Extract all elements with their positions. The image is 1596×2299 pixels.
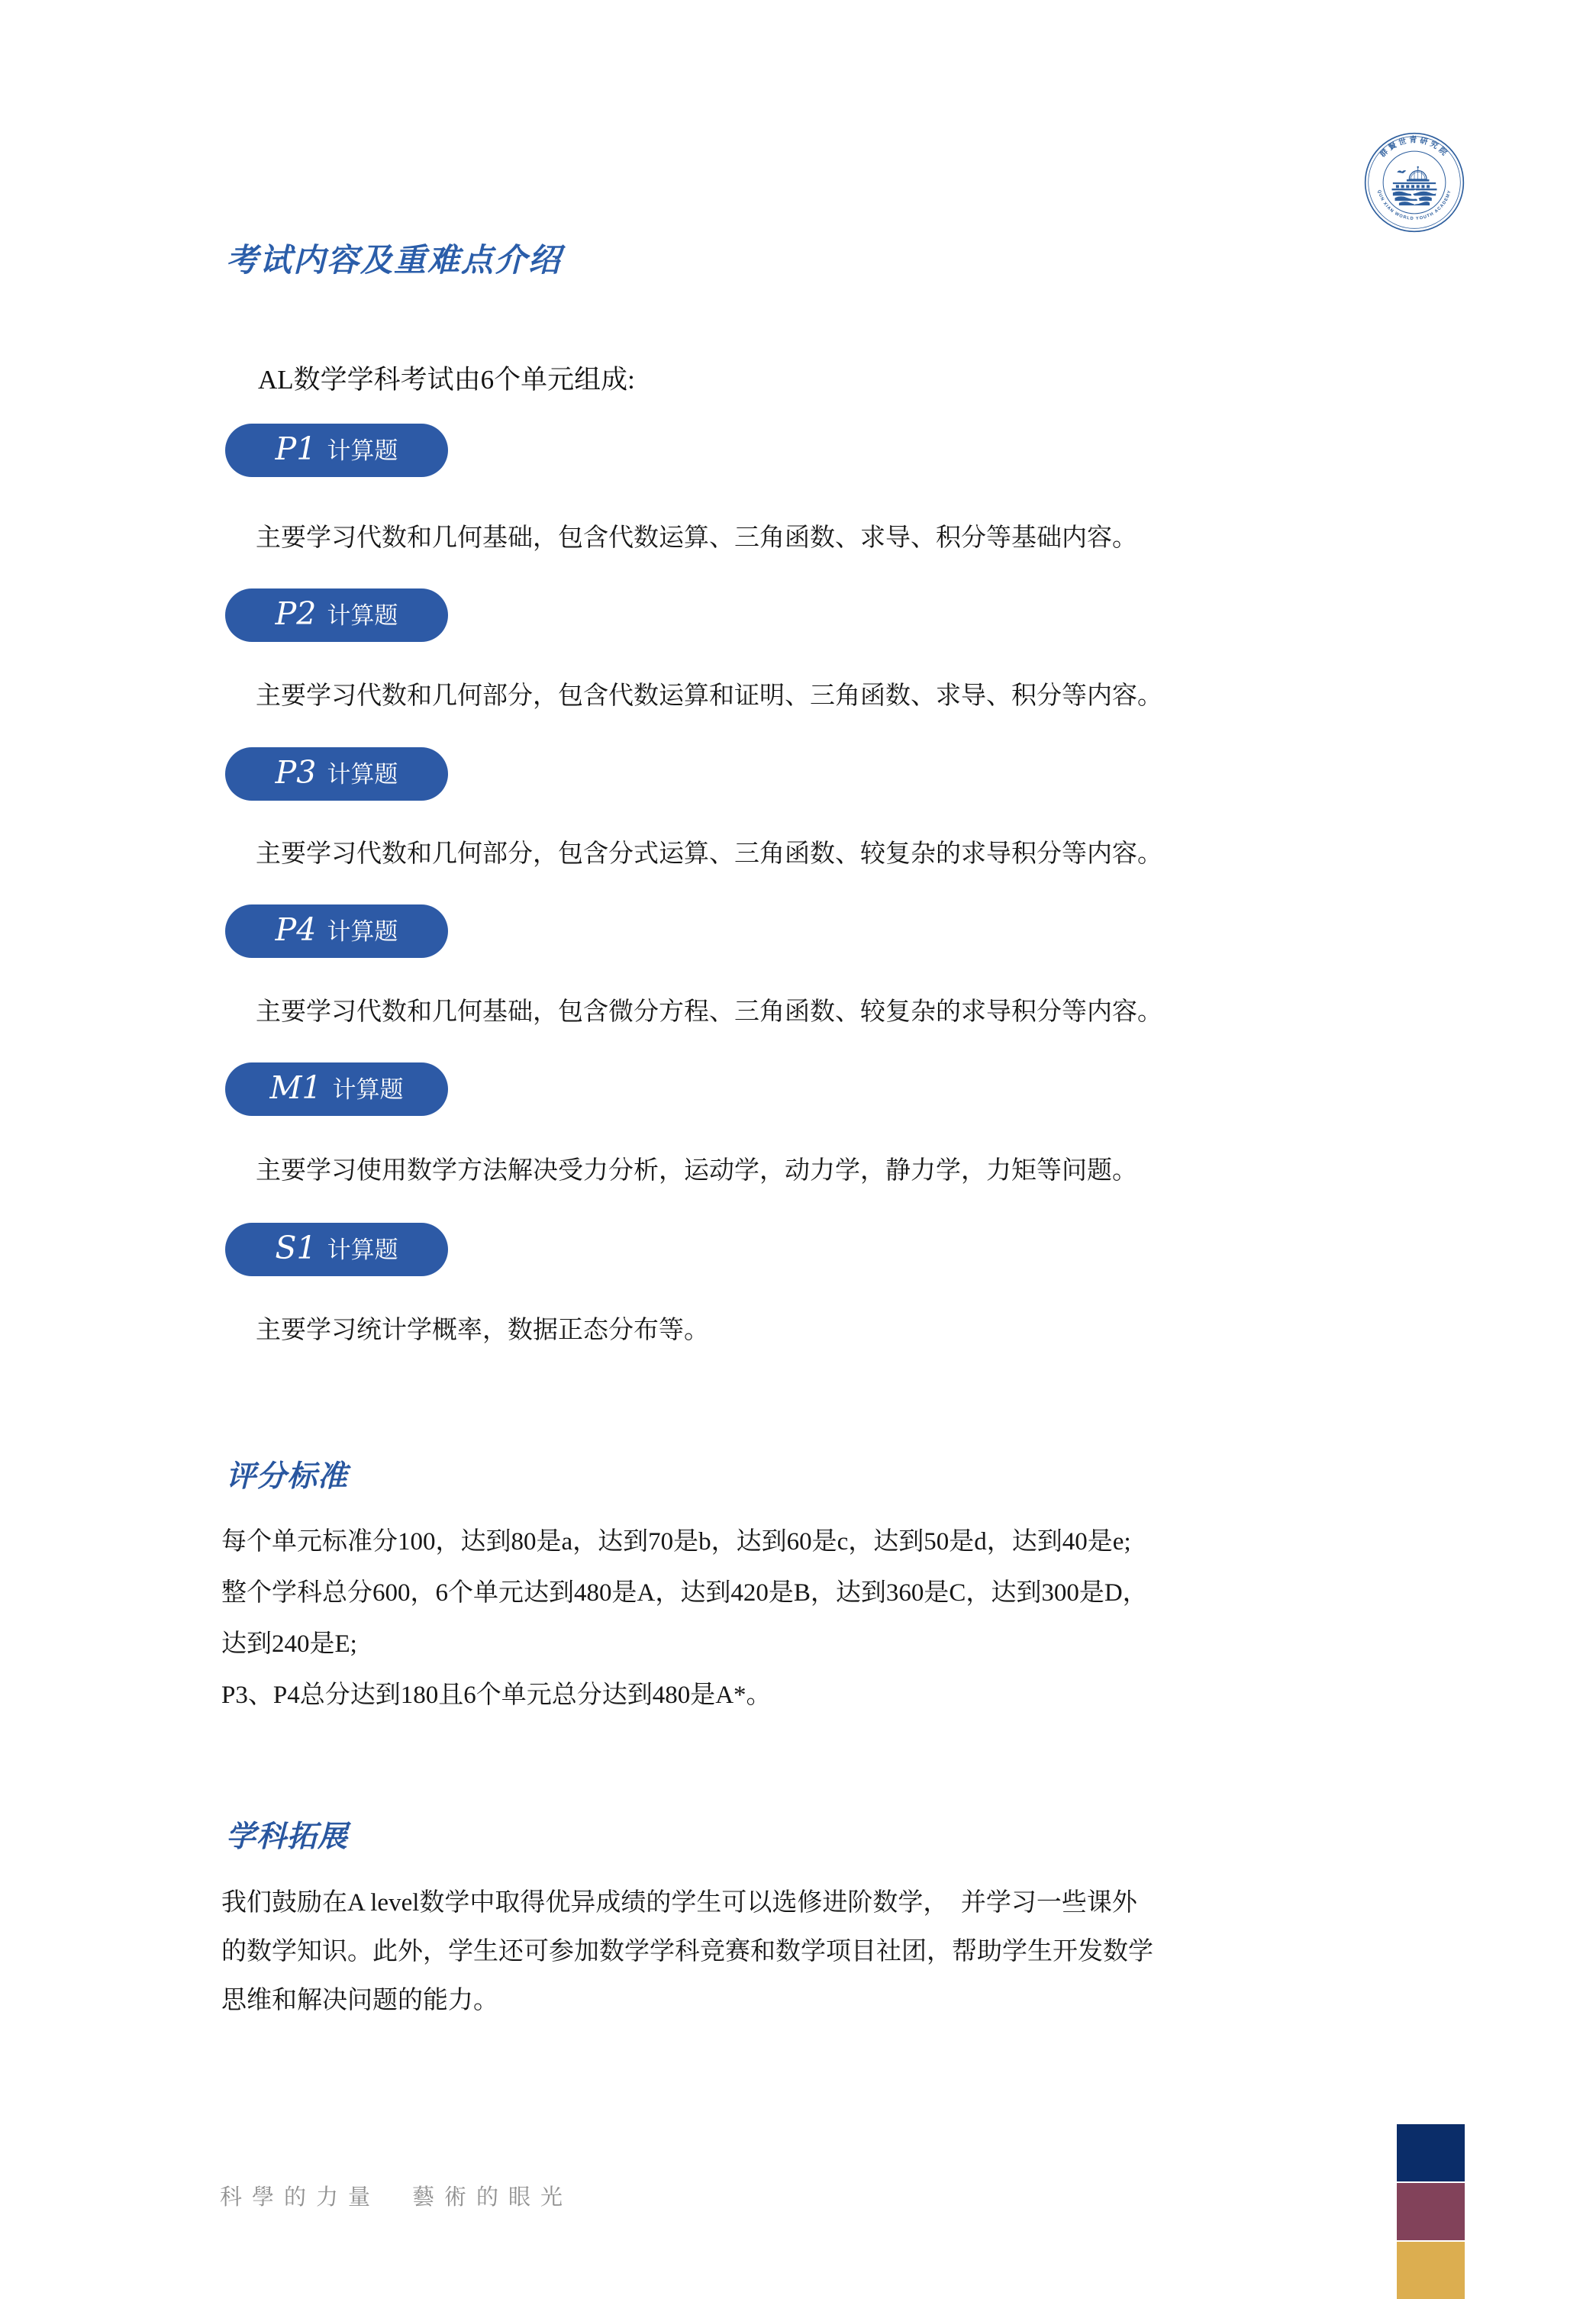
- unit-badge-p4: P4 计算题: [225, 904, 448, 958]
- unit-badge-p3: P3 计算题: [225, 747, 448, 801]
- grading-line: P3、P4总分达到180且6个单元总分达到480是A*。: [221, 1670, 1412, 1721]
- unit-label: 计算题: [333, 1078, 404, 1101]
- unit-label: 计算题: [327, 763, 398, 786]
- unit-label: 计算题: [327, 439, 398, 463]
- unit-badge-p2: P2 计算题: [225, 588, 448, 642]
- unit-label: 计算题: [327, 920, 398, 943]
- expansion-line: 的数学知识。此外，学生还可参加数学学科竞赛和数学项目社团，帮助学生开发数学: [221, 1927, 1412, 1976]
- intro-text: AL数学学科考试由6个单元组成:: [258, 359, 635, 397]
- grading-line: 整个学科总分600，6个单元达到480是A，达到420是B，达到360是C，达到…: [221, 1568, 1412, 1619]
- unit-desc-p2: 主要学习代数和几何部分，包含代数运算和证明、三角函数、求导、积分等内容。: [256, 676, 1162, 711]
- expansion-paragraph: 我们鼓励在A level数学中取得优异成绩的学生可以选修进阶数学， 并学习一些课…: [221, 1878, 1412, 2025]
- grading-paragraph: 每个单元标准分100，达到80是a，达到70是b，达到60是c，达到50是d，达…: [221, 1517, 1412, 1721]
- unit-desc-s1: 主要学习统计学概率，数据正态分布等。: [256, 1310, 709, 1346]
- unit-desc-p3: 主要学习代数和几何部分，包含分式运算、三角函数、较复杂的求导积分等内容。: [256, 834, 1162, 869]
- unit-code: P3: [276, 757, 317, 788]
- unit-code: P4: [276, 914, 317, 946]
- expansion-heading: 学科拓展: [226, 1813, 348, 1856]
- document-page: 群賢世青研究院 QUN XIAN WORLD YOUTH ACADEMY: [0, 0, 1596, 2299]
- unit-desc-p4: 主要学习代数和几何基础，包含微分方程、三角函数、较复杂的求导积分等内容。: [256, 992, 1162, 1027]
- unit-badge-p1: P1 计算题: [225, 424, 448, 477]
- unit-code: P2: [276, 598, 317, 630]
- logo-dome-icon: [1407, 166, 1429, 182]
- footer-slogan-left: 科學的力量: [220, 2185, 380, 2210]
- logo-arc-top-text: 群賢世青研究院: [1378, 135, 1451, 160]
- academy-logo: 群賢世青研究院 QUN XIAN WORLD YOUTH ACADEMY: [1363, 131, 1465, 234]
- unit-code: S1: [275, 1233, 316, 1264]
- logo-river-icon: [1412, 191, 1418, 204]
- unit-label: 计算题: [327, 1238, 398, 1262]
- logo-bird-icon: [1397, 170, 1406, 173]
- corner-swatch-column: [1397, 2124, 1465, 2299]
- expansion-line: 思维和解决问题的能力。: [221, 1976, 1412, 2025]
- unit-code: P1: [276, 434, 317, 465]
- grading-line: 每个单元标准分100，达到80是a，达到70是b，达到60是c，达到50是d，达…: [221, 1517, 1412, 1568]
- grading-heading: 评分标准: [226, 1453, 348, 1495]
- swatch-maroon: [1397, 2183, 1465, 2240]
- expansion-line: 我们鼓励在A level数学中取得优异成绩的学生可以选修进阶数学， 并学习一些课…: [221, 1878, 1412, 1927]
- unit-label: 计算题: [327, 604, 398, 627]
- footer-slogan-right: 藝術的眼光: [412, 2185, 572, 2210]
- grading-line: 达到240是E;: [221, 1619, 1412, 1670]
- unit-desc-p1: 主要学习代数和几何基础，包含代数运算、三角函数、求导、积分等基础内容。: [256, 518, 1137, 553]
- swatch-gold: [1397, 2242, 1465, 2299]
- academy-logo-seal: 群賢世青研究院 QUN XIAN WORLD YOUTH ACADEMY: [1363, 131, 1465, 234]
- footer-slogan: 科學的力量藝術的眼光: [220, 2180, 572, 2211]
- page-title: 考试内容及重难点介绍: [226, 235, 562, 281]
- swatch-navy: [1397, 2124, 1465, 2181]
- unit-badge-s1: S1 计算题: [225, 1223, 448, 1276]
- logo-bridge-icon: [1392, 182, 1437, 190]
- unit-badge-m1: M1 计算题: [225, 1062, 448, 1116]
- unit-code: M1: [269, 1072, 321, 1104]
- unit-desc-m1: 主要学习使用数学方法解决受力分析，运动学，动力学，静力学，力矩等问题。: [256, 1150, 1137, 1186]
